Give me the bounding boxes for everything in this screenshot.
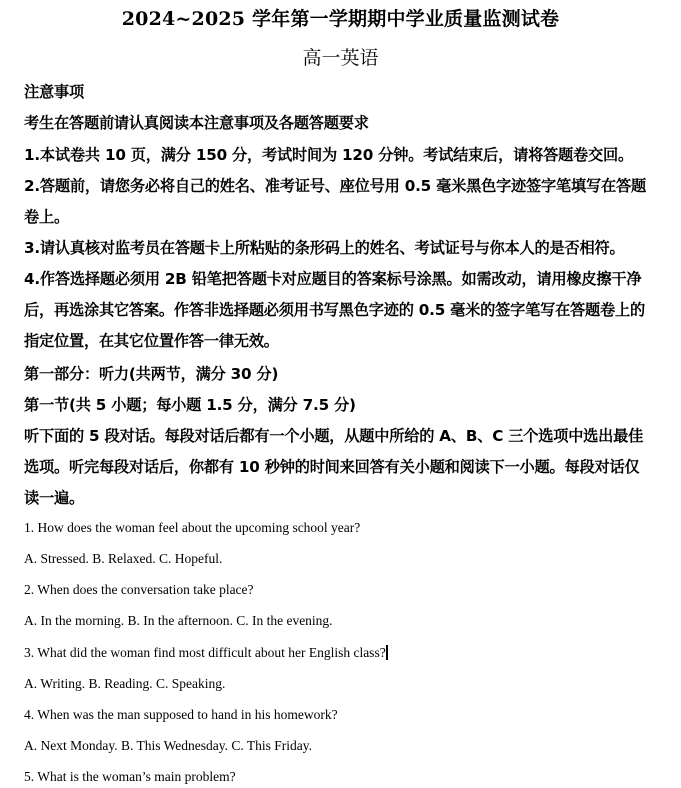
- instructions-line-2: 选项。听完每段对话后，你都有 10 秒钟的时间来回答有关小题和阅读下一小题。每段…: [24, 456, 639, 477]
- question-5: 5. What is the woman’s main problem?: [24, 769, 236, 785]
- question-3-line[interactable]: 3. What did the woman find most difficul…: [24, 645, 388, 661]
- notice-item-2: 2.答题前，请您务必将自己的姓名、准考证号、座位号用 0.5 毫米黑色字迹签字笔…: [24, 175, 646, 196]
- notice-item-4-cont: 后，再选涂其它答案。作答非选择题必须用书写黑色字迹的 0.5 毫米的签字笔写在答…: [24, 299, 645, 320]
- instructions-line-3: 读一遍。: [24, 487, 84, 508]
- question-3: 3. What did the woman find most difficul…: [24, 645, 386, 660]
- document-subtitle: 高一英语: [0, 43, 681, 70]
- question-1: 1. How does the woman feel about the upc…: [24, 520, 360, 536]
- notice-item-3: 3.请认真核对监考员在答题卡上所粘贴的条形码上的姓名、考试证号与你本人的是否相符…: [24, 237, 624, 258]
- question-1-options: A. Stressed. B. Relaxed. C. Hopeful.: [24, 551, 222, 567]
- part-heading: 第一部分：听力(共两节，满分 30 分): [24, 363, 278, 384]
- document-title: 2024~2025 学年第一学期期中学业质量监测试卷: [0, 4, 681, 31]
- notice-item-1: 1.本试卷共 10 页，满分 150 分，考试时间为 120 分钟。考试结束后，…: [24, 144, 633, 165]
- notice-item-4-cont2: 指定位置，在其它位置作答一律无效。: [24, 330, 279, 351]
- section-heading: 第一节(共 5 小题；每小题 1.5 分，满分 7.5 分): [24, 394, 356, 415]
- exam-document-page: 2024~2025 学年第一学期期中学业质量监测试卷 高一英语 注意事项 考生在…: [0, 0, 681, 788]
- notice-item-4: 4.作答选择题必须用 2B 铅笔把答题卡对应题目的答案标号涂黑。如需改动，请用橡…: [24, 268, 641, 289]
- question-2-options: A. In the morning. B. In the afternoon. …: [24, 613, 333, 629]
- question-4: 4. When was the man supposed to hand in …: [24, 707, 338, 723]
- question-4-options: A. Next Monday. B. This Wednesday. C. Th…: [24, 738, 312, 754]
- instructions-line-1: 听下面的 5 段对话。每段对话后都有一个小题，从题中所给的 A、B、C 三个选项…: [24, 425, 643, 446]
- notice-intro: 考生在答题前请认真阅读本注意事项及各题答题要求: [24, 112, 369, 133]
- notice-heading: 注意事项: [24, 81, 84, 102]
- notice-item-2-cont: 卷上。: [24, 206, 69, 227]
- question-2: 2. When does the conversation take place…: [24, 582, 254, 598]
- question-3-options: A. Writing. B. Reading. C. Speaking.: [24, 676, 225, 692]
- text-cursor: [386, 645, 388, 660]
